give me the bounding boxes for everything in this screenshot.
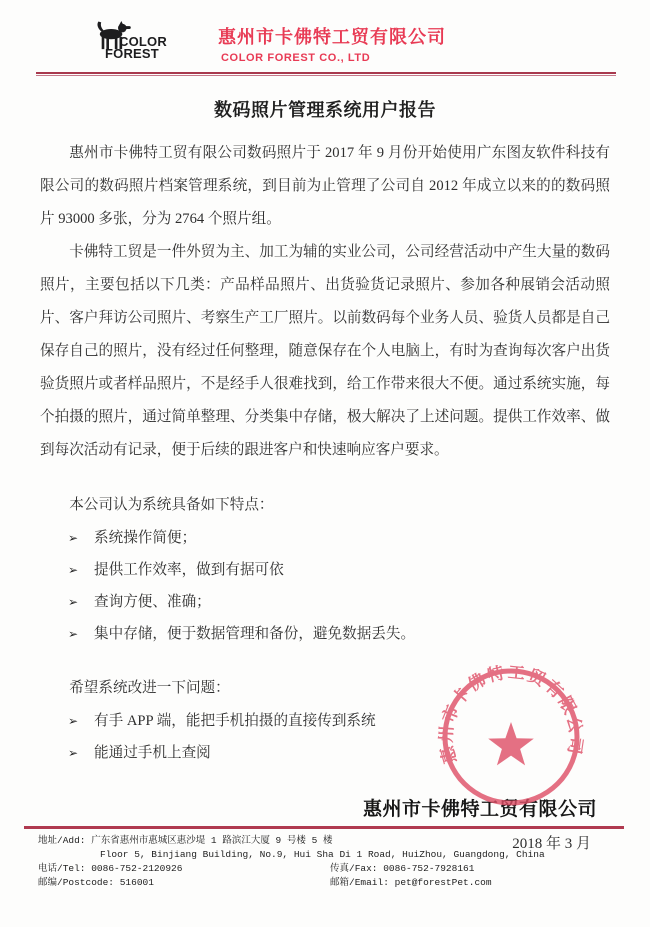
company-name-cn: 惠州市卡佛特工贸有限公司: [218, 23, 446, 49]
arrow-bullet-icon: ➢: [68, 586, 94, 618]
document-title: 数码照片管理系统用户报告: [40, 94, 610, 127]
header-divider: [36, 72, 616, 76]
footer-contact-block: 地址/Add: 广东省惠州市惠城区惠沙堤 1 路滨江大厦 9 号楼 5 楼 Fl…: [38, 834, 622, 890]
company-name-en: COLOR FOREST CO., LTD: [221, 52, 370, 64]
arrow-bullet-icon: ➢: [68, 705, 94, 737]
fax-value: 0086-752-7928161: [383, 863, 474, 874]
footer-address-en: Floor 5, Binjiang Building, No.9, Hui Sh…: [38, 848, 622, 862]
email-label: 邮箱/Email:: [330, 877, 389, 888]
document-page: COLOR FOREST 惠州市卡佛特工贸有限公司 COLOR FOREST C…: [0, 0, 650, 927]
arrow-bullet-icon: ➢: [68, 618, 94, 650]
arrow-bullet-icon: ➢: [68, 554, 94, 586]
list-item-text: 查询方便、准确；: [94, 586, 610, 618]
footer-fax: 传真/Fax: 0086-752-7928161: [330, 862, 474, 876]
list-item: ➢ 查询方便、准确；: [40, 586, 610, 618]
list-item: ➢ 系统操作简便；: [40, 522, 610, 554]
arrow-bullet-icon: ➢: [68, 737, 94, 769]
email-value: pet@forestPet.com: [395, 877, 492, 888]
footer-email: 邮箱/Email: pet@forestPet.com: [330, 876, 492, 890]
postcode-value: 516001: [120, 877, 154, 888]
address-label: 地址/Add:: [38, 835, 86, 846]
footer-postcode-email-row: 邮编/Postcode: 516001 邮箱/Email: pet@forest…: [38, 876, 622, 890]
tel-value: 0086-752-2120926: [91, 863, 182, 874]
arrow-bullet-icon: ➢: [68, 522, 94, 554]
logo-text-forest: FOREST: [105, 48, 159, 60]
list-item-text: 系统操作简便；: [94, 522, 610, 554]
footer-divider: [24, 826, 624, 829]
address-en-value: Floor 5, Binjiang Building, No.9, Hui Sh…: [100, 849, 545, 860]
footer-postcode: 邮编/Postcode: 516001: [38, 876, 330, 890]
company-seal-stamp: 惠州市卡佛特工贸有限公司: [436, 662, 586, 812]
footer-tel: 电话/Tel: 0086-752-2120926: [38, 862, 330, 876]
footer-address-cn: 地址/Add: 广东省惠州市惠城区惠沙堤 1 路滨江大厦 9 号楼 5 楼: [38, 834, 622, 848]
paragraph-intro: 惠州市卡佛特工贸有限公司数码照片于 2017 年 9 月份开始使用广东图友软件科…: [40, 137, 610, 236]
list-item: ➢ 提供工作效率，做到有据可依: [40, 554, 610, 586]
features-heading: 本公司认为系统具备如下特点：: [40, 489, 610, 522]
company-logo: COLOR FOREST: [86, 20, 186, 70]
fax-label: 传真/Fax:: [330, 863, 378, 874]
seal-star-icon: [488, 722, 534, 765]
features-section: 本公司认为系统具备如下特点： ➢ 系统操作简便； ➢ 提供工作效率，做到有据可依…: [40, 489, 610, 650]
footer-tel-fax-row: 电话/Tel: 0086-752-2120926 传真/Fax: 0086-75…: [38, 862, 622, 876]
postcode-label: 邮编/Postcode:: [38, 877, 114, 888]
tel-label: 电话/Tel:: [38, 863, 86, 874]
list-item-text: 提供工作效率，做到有据可依: [94, 554, 610, 586]
list-item: ➢ 集中存储，便于数据管理和备份，避免数据丢失。: [40, 618, 610, 650]
list-item-text: 集中存储，便于数据管理和备份，避免数据丢失。: [94, 618, 610, 650]
paragraph-background: 卡佛特工贸是一件外贸为主、加工为辅的实业公司，公司经营活动中产生大量的数码照片，…: [40, 236, 610, 467]
address-cn-value: 广东省惠州市惠城区惠沙堤 1 路滨江大厦 9 号楼 5 楼: [91, 835, 332, 846]
